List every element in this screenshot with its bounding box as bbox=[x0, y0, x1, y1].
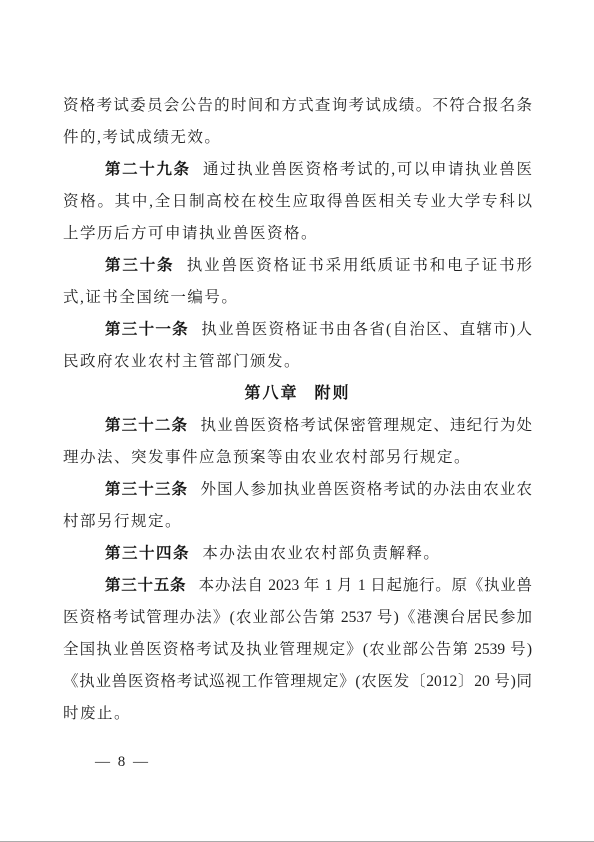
chapter-title: 附则 bbox=[315, 385, 351, 402]
article-35-line: 第三十五条本办法自 2023 年 1 月 1 日起施行。原《执业兽 bbox=[63, 570, 532, 602]
line-text: 执业兽医资格证书采用纸质证书和电子证书形 bbox=[187, 257, 532, 274]
text-line-18: 全国执业兽医资格考试及执业管理规定》(农业部公告第 2539 号) bbox=[63, 634, 532, 666]
text-line-4: 资格。其中,全日制高校在校生应取得兽医相关专业大学专科以 bbox=[63, 186, 532, 218]
line-text: 民政府农业农村主管部门颁发。 bbox=[63, 353, 301, 370]
text-line-12: 理办法、突发事件应急预案等由农业农村部另行规定。 bbox=[63, 442, 532, 474]
document-page: 资格考试委员会公告的时间和方式查询考试成绩。不符合报名条 件的,考试成绩无效。 … bbox=[0, 0, 594, 842]
article-30-line: 第三十条执业兽医资格证书采用纸质证书和电子证书形 bbox=[63, 250, 532, 282]
article-34-line: 第三十四条本办法由农业农村部负责解释。 bbox=[63, 538, 532, 570]
article-32-line: 第三十二条执业兽医资格考试保密管理规定、违纪行为处 bbox=[63, 410, 532, 442]
line-text: 《执业兽医资格考试巡视工作管理规定》(农医发〔2012〕20 号)同 bbox=[63, 673, 532, 690]
text-line-19: 《执业兽医资格考试巡视工作管理规定》(农医发〔2012〕20 号)同 bbox=[63, 666, 532, 698]
line-text: 资格。其中,全日制高校在校生应取得兽医相关专业大学专科以 bbox=[63, 193, 532, 210]
page-footer: — 8 — bbox=[95, 754, 150, 771]
article-number: 第三十四条 bbox=[105, 545, 190, 562]
line-text: 时废止。 bbox=[63, 705, 131, 722]
text-line-9: 民政府农业农村主管部门颁发。 bbox=[63, 346, 532, 378]
line-text: 村部另行规定。 bbox=[63, 513, 182, 530]
article-number: 第三十条 bbox=[105, 257, 174, 274]
line-text: 件的,考试成绩无效。 bbox=[63, 129, 221, 146]
text-line-14: 村部另行规定。 bbox=[63, 506, 532, 538]
article-33-line: 第三十三条外国人参加执业兽医资格考试的办法由农业农 bbox=[63, 474, 532, 506]
text-line-7: 式,证书全国统一编号。 bbox=[63, 282, 532, 314]
text-line-5: 上学历后方可申请执业兽医资格。 bbox=[63, 218, 532, 250]
line-text: 式,证书全国统一编号。 bbox=[63, 289, 238, 306]
document-body: 资格考试委员会公告的时间和方式查询考试成绩。不符合报名条 件的,考试成绩无效。 … bbox=[63, 90, 532, 730]
line-text: 上学历后方可申请执业兽医资格。 bbox=[63, 225, 318, 242]
line-text: 医资格考试管理办法》(农业部公告第 2537 号)《港澳台居民参加 bbox=[63, 609, 532, 626]
line-text: 理办法、突发事件应急预案等由农业农村部另行规定。 bbox=[63, 449, 471, 466]
chapter-number: 第八章 bbox=[244, 385, 298, 402]
article-number: 第二十九条 bbox=[105, 161, 191, 178]
line-text: 本办法由农业农村部负责解释。 bbox=[202, 545, 440, 562]
line-text: 执业兽医资格证书由各省(自治区、直辖市)人 bbox=[201, 321, 532, 338]
line-text: 外国人参加执业兽医资格考试的办法由农业农 bbox=[201, 481, 532, 498]
article-31-line: 第三十一条执业兽医资格证书由各省(自治区、直辖市)人 bbox=[63, 314, 532, 346]
line-text: 执业兽医资格考试保密管理规定、违纪行为处 bbox=[201, 417, 532, 434]
line-text: 本办法自 2023 年 1 月 1 日起施行。原《执业兽 bbox=[199, 577, 532, 594]
line-text: 全国执业兽医资格考试及执业管理规定》(农业部公告第 2539 号) bbox=[63, 641, 532, 658]
page-number: — 8 — bbox=[95, 754, 150, 770]
chapter-heading: 第八章附则 bbox=[63, 378, 532, 410]
article-number: 第三十五条 bbox=[105, 577, 186, 594]
text-line-1: 资格考试委员会公告的时间和方式查询考试成绩。不符合报名条 bbox=[63, 90, 532, 122]
text-line-20: 时废止。 bbox=[63, 698, 532, 730]
article-number: 第三十二条 bbox=[105, 417, 188, 434]
article-number: 第三十一条 bbox=[105, 321, 189, 338]
article-number: 第三十三条 bbox=[105, 481, 188, 498]
line-text: 通过执业兽医资格考试的,可以申请执业兽医 bbox=[203, 161, 532, 178]
line-text: 资格考试委员会公告的时间和方式查询考试成绩。不符合报名条 bbox=[63, 97, 532, 114]
article-29-line: 第二十九条通过执业兽医资格考试的,可以申请执业兽医 bbox=[63, 154, 532, 186]
text-line-2: 件的,考试成绩无效。 bbox=[63, 122, 532, 154]
text-line-17: 医资格考试管理办法》(农业部公告第 2537 号)《港澳台居民参加 bbox=[63, 602, 532, 634]
